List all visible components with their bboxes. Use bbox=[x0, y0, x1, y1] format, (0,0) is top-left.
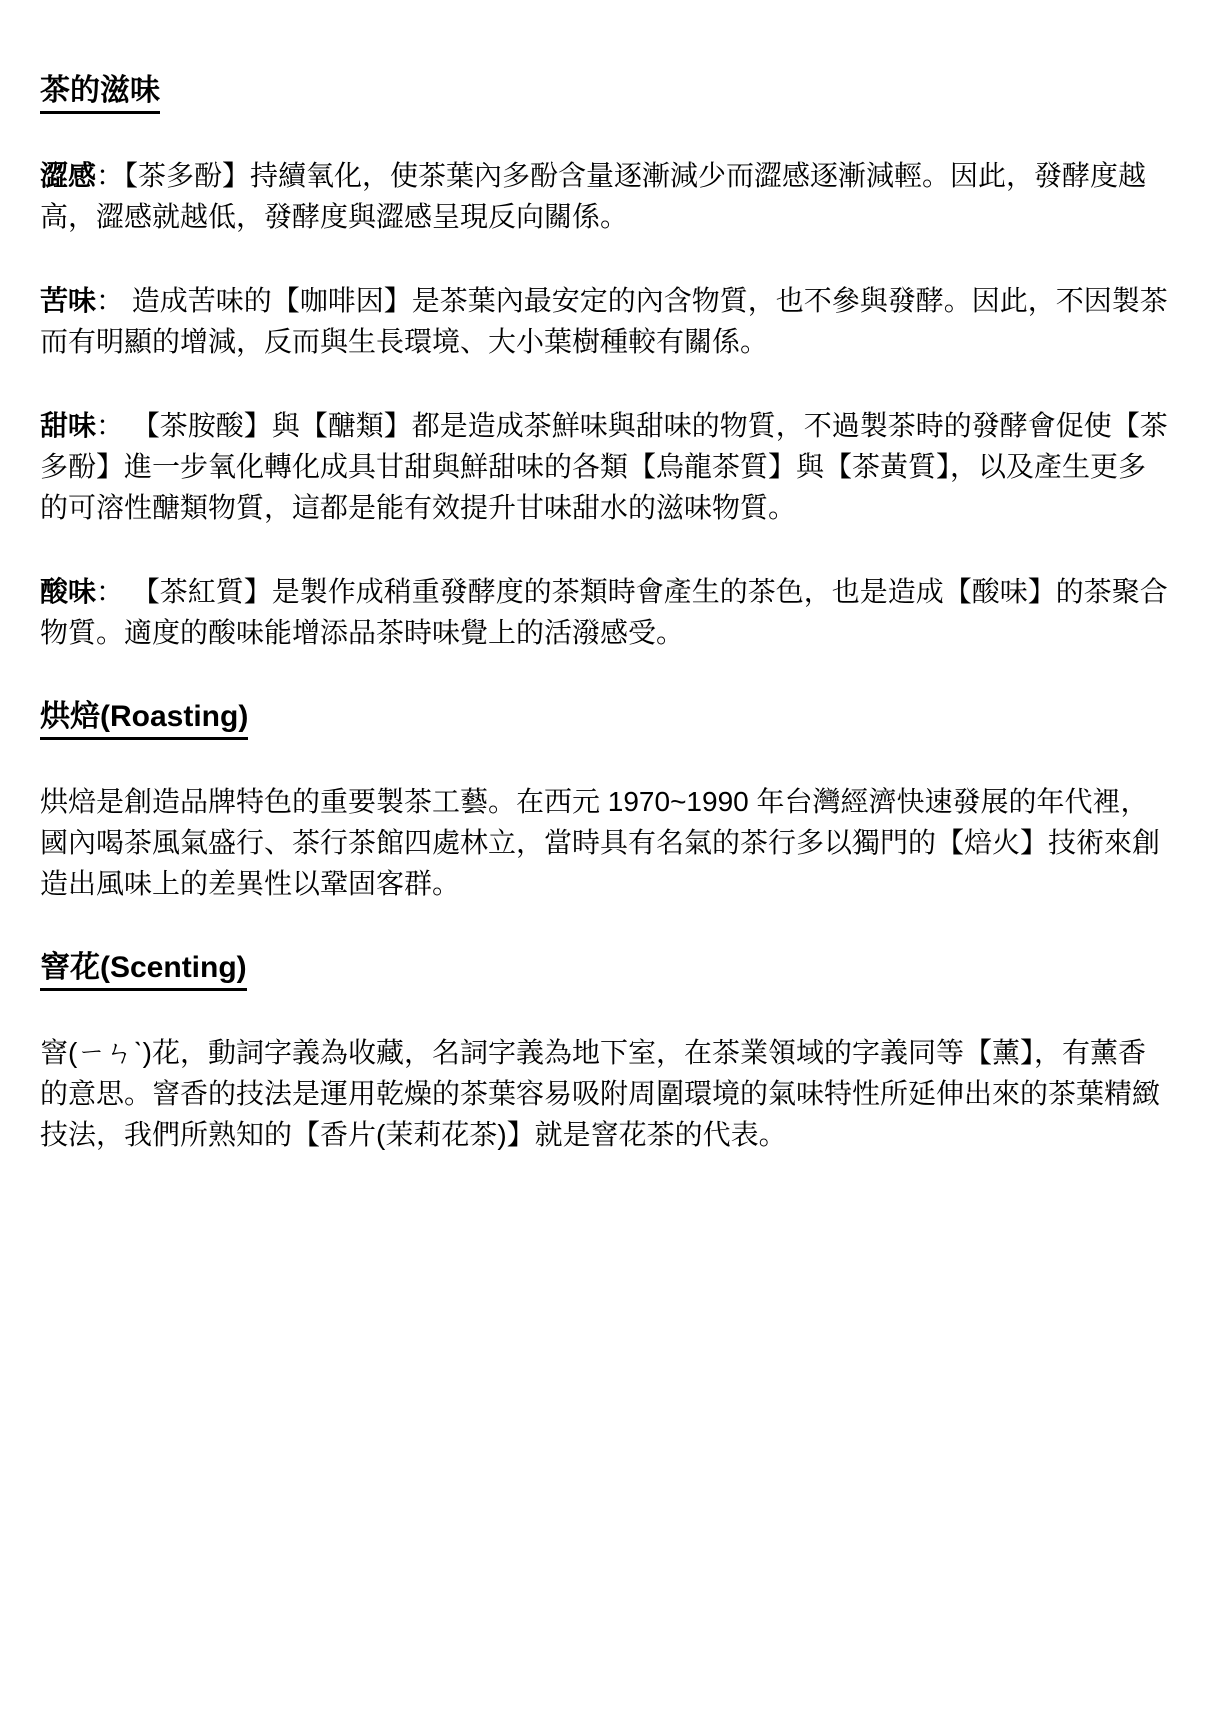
heading-roasting-text: 烘焙(Roasting) bbox=[40, 700, 248, 740]
flavor-separator: ： bbox=[96, 285, 132, 316]
flavor-text-sweetness: 【茶胺酸】與【醣類】都是造成茶鮮味與甜味的物質，不過製茶時的發酵會促使【茶多酚】… bbox=[40, 410, 1168, 523]
flavor-label-bitterness: 苦味 bbox=[40, 285, 96, 316]
flavor-text-sourness: 【茶紅質】是製作成稍重發酵度的茶類時會產生的茶色，也是造成【酸味】的茶聚合物質。… bbox=[40, 576, 1168, 648]
paragraph-bitterness: 苦味： 造成苦味的【咖啡因】是茶葉內最安定的內含物質，也不參與發酵。因此，不因製… bbox=[40, 280, 1170, 362]
flavor-separator: ： bbox=[96, 160, 124, 191]
document-page: 茶的滋味 澀感：【茶多酚】持續氧化，使茶葉內多酚含量逐漸減少而澀感逐漸減輕。因此… bbox=[0, 0, 1210, 1734]
heading-scenting-text: 窨花(Scenting) bbox=[40, 951, 247, 991]
paragraph-sweetness: 甜味： 【茶胺酸】與【醣類】都是造成茶鮮味與甜味的物質，不過製茶時的發酵會促使【… bbox=[40, 405, 1170, 528]
flavor-text-bitterness: 造成苦味的【咖啡因】是茶葉內最安定的內含物質，也不參與發酵。因此，不因製茶而有明… bbox=[40, 285, 1168, 357]
paragraph-astringency: 澀感：【茶多酚】持續氧化，使茶葉內多酚含量逐漸減少而澀感逐漸減輕。因此，發酵度越… bbox=[40, 155, 1170, 237]
roasting-body-text: 烘焙是創造品牌特色的重要製茶工藝。在西元 1970~1990 年台灣經濟快速發展… bbox=[40, 786, 1160, 899]
paragraph-roasting: 烘焙是創造品牌特色的重要製茶工藝。在西元 1970~1990 年台灣經濟快速發展… bbox=[40, 781, 1170, 904]
heading-scenting: 窨花(Scenting) bbox=[40, 947, 1170, 988]
paragraph-sourness: 酸味： 【茶紅質】是製作成稍重發酵度的茶類時會產生的茶色，也是造成【酸味】的茶聚… bbox=[40, 571, 1170, 653]
flavor-text-astringency: 【茶多酚】持續氧化，使茶葉內多酚含量逐漸減少而澀感逐漸減輕。因此，發酵度越高，澀… bbox=[40, 160, 1146, 232]
flavor-label-sweetness: 甜味 bbox=[40, 410, 96, 441]
flavor-separator: ： bbox=[96, 410, 132, 441]
flavor-label-astringency: 澀感 bbox=[40, 160, 96, 191]
scenting-body-text: 窨(ㄧㄣˋ)花，動詞字義為收藏，名詞字義為地下室，在茶業領域的字義同等【薰】，有… bbox=[40, 1037, 1160, 1150]
heading-roasting: 烘焙(Roasting) bbox=[40, 696, 1170, 737]
doc-title-text: 茶的滋味 bbox=[40, 74, 160, 114]
paragraph-scenting: 窨(ㄧㄣˋ)花，動詞字義為收藏，名詞字義為地下室，在茶業領域的字義同等【薰】，有… bbox=[40, 1032, 1170, 1155]
flavor-label-sourness: 酸味 bbox=[40, 576, 96, 607]
flavor-separator: ： bbox=[96, 576, 132, 607]
doc-title: 茶的滋味 bbox=[40, 70, 1170, 111]
